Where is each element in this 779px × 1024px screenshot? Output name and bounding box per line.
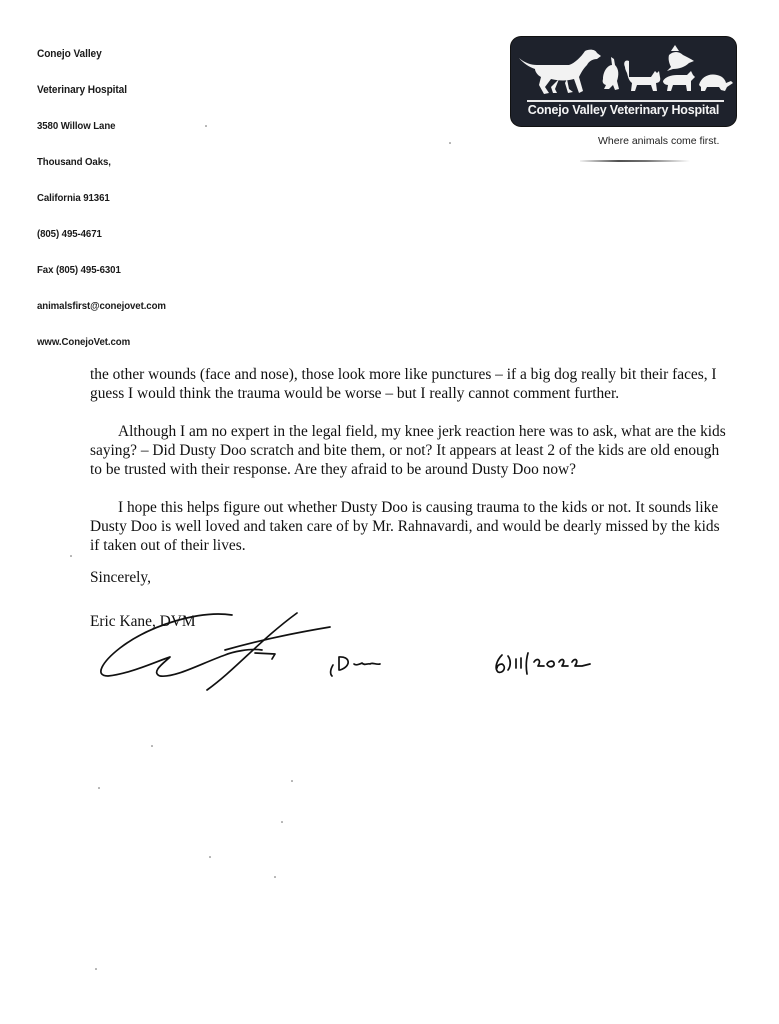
logo-hospital-name: Conejo Valley Veterinary Hospital xyxy=(511,103,736,117)
scan-speck xyxy=(708,455,710,457)
signer-name: Eric Kane, DVM xyxy=(90,612,730,631)
scan-speck xyxy=(274,876,276,878)
logo-tagline: Where animals come first. xyxy=(598,135,719,147)
email-address: animalsfirst@conejovet.com xyxy=(37,300,166,312)
hospital-logo: Conejo Valley Veterinary Hospital xyxy=(511,37,736,126)
handwritten-dvm xyxy=(339,657,380,670)
paragraph-continuation: the other wounds (face and nose), those … xyxy=(90,365,730,403)
tagline-rule xyxy=(580,160,690,162)
scan-speck xyxy=(95,968,97,970)
fax-number: Fax (805) 495-6301 xyxy=(37,264,121,276)
city: Thousand Oaks, xyxy=(37,156,111,168)
rabbit-icon xyxy=(603,57,619,90)
signature-stroke-4 xyxy=(255,653,275,659)
scan-speck xyxy=(151,745,153,747)
scan-speck xyxy=(281,821,283,823)
cat-icon xyxy=(624,60,660,91)
handwritten-comma xyxy=(331,665,333,676)
scan-speck xyxy=(70,555,72,557)
logo-divider xyxy=(527,100,724,102)
bird-icon xyxy=(667,45,694,71)
closing: Sincerely, xyxy=(90,568,730,587)
paragraph-conclusion: I hope this helps figure out whether Dus… xyxy=(90,498,730,555)
scan-speck xyxy=(449,142,451,144)
state-zip: California 91361 xyxy=(37,192,110,204)
scan-speck xyxy=(291,780,293,782)
paragraph-legal-question: Although I am no expert in the legal fie… xyxy=(90,422,730,479)
phone-number: (805) 495-4671 xyxy=(37,228,102,240)
dog-icon xyxy=(519,50,601,94)
letter-body-2: Although I am no expert in the legal fie… xyxy=(90,422,730,479)
website: www.ConejoVet.com xyxy=(37,336,130,348)
street-address: 3580 Willow Lane xyxy=(37,120,115,132)
letter-body-3: I hope this helps figure out whether Dus… xyxy=(90,498,730,555)
hospital-name-line1: Conejo Valley xyxy=(37,48,102,60)
turtle-icon xyxy=(699,74,733,91)
ferret-icon xyxy=(663,71,695,91)
scan-speck xyxy=(98,787,100,789)
scan-speck xyxy=(209,856,211,858)
letter-body: the other wounds (face and nose), those … xyxy=(90,365,730,403)
handwritten-date xyxy=(496,653,590,674)
scan-speck xyxy=(205,125,207,127)
hospital-name-line2: Veterinary Hospital xyxy=(37,84,127,96)
